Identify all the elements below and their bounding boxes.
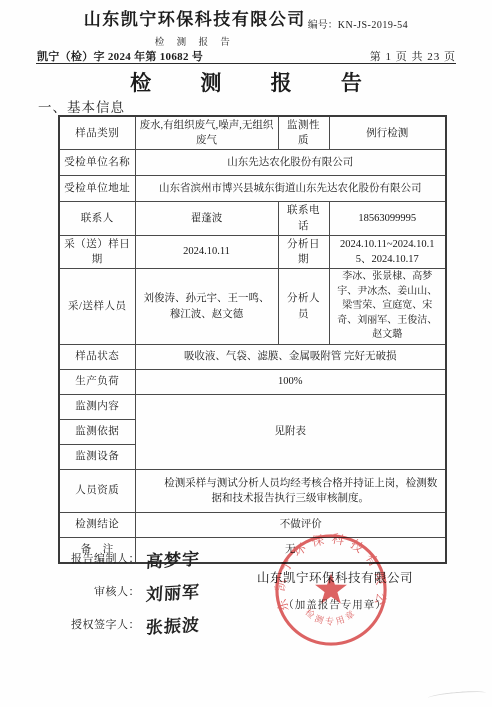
see-attached-value: 见附表	[135, 394, 446, 469]
prepared-by-signature: 高梦宇	[145, 544, 200, 572]
header-company-block: 山东凯宁环保科技有限公司 检 测 报 告	[84, 10, 306, 48]
contact-label: 联系人	[59, 202, 135, 235]
reviewed-by-signature: 刘丽军	[145, 577, 200, 605]
table-row: 生产负荷 100%	[59, 369, 446, 394]
svg-text:山东凯宁环保科技有限公司: 山东凯宁环保科技有限公司	[272, 531, 389, 613]
authorized-by-label: 授权签字人：	[58, 616, 140, 632]
table-row: 人员资质 检测采样与测试分析人员均经考核合格并持证上岗，检测数据和技术报告执行三…	[59, 469, 446, 512]
analysts-label: 分析人员	[278, 269, 329, 345]
table-row: 采/送样人员 刘俊涛、孙元宇、王一鸣、穆江波、赵文德 分析人员 李冰、张景棣、高…	[59, 269, 446, 345]
client-name-value: 山东先达农化股份有限公司	[135, 150, 446, 176]
sampling-date-value: 2024.10.11	[135, 235, 278, 268]
monitor-basis-label: 监测依据	[59, 419, 135, 444]
stamp-star-icon	[315, 573, 347, 603]
table-row: 受检单位地址 山东省滨州市博兴县城东街道山东先达农化股份有限公司	[59, 176, 446, 202]
samplers-value: 刘俊涛、孙元宇、王一鸣、穆江波、赵文德	[135, 269, 278, 345]
client-name-label: 受检单位名称	[59, 150, 135, 176]
table-row: 采（送）样日期 2024.10.11 分析日期 2024.10.11~2024.…	[59, 235, 446, 268]
monitor-nature-label: 监测性质	[278, 116, 329, 150]
table-row: 监测内容 见附表	[59, 394, 446, 419]
prepared-by-label: 报告编制人：	[58, 550, 140, 566]
sample-category-label: 样品类别	[59, 116, 135, 150]
production-load-value: 100%	[135, 369, 446, 394]
table-row: 样品类别 废水,有组织废气,噪声,无组织废气 监测性质 例行检测	[59, 116, 446, 150]
sampling-date-label: 采（送）样日期	[59, 235, 135, 268]
monitor-nature-value: 例行检测	[329, 116, 446, 150]
sample-category-value: 废水,有组织废气,噪声,无组织废气	[135, 116, 278, 150]
stamp-graphic: 山东凯宁环保科技有限公司 检测专用章	[272, 531, 390, 649]
personnel-value: 检测采样与测试分析人员均经考核合格并持证上岗，检测数据和技术报告执行三级审核制度…	[135, 469, 446, 512]
basic-info-table: 样品类别 废水,有组织废气,噪声,无组织废气 监测性质 例行检测 受检单位名称 …	[58, 115, 447, 564]
page-indicator: 第 1 页 共 23 页	[370, 48, 456, 64]
sample-status-value: 吸收液、气袋、滤膜、金属吸附管 完好无破损	[135, 344, 446, 369]
svg-text:检测专用章: 检测专用章	[303, 606, 358, 627]
client-address-label: 受检单位地址	[59, 176, 135, 202]
report-page: 山东凯宁环保科技有限公司 检 测 报 告 编号：KN-JS-2019-54 凯宁…	[0, 0, 492, 707]
phone-value: 18563099995	[329, 202, 446, 235]
scan-artifact	[428, 689, 486, 701]
authorized-by-signature: 张振波	[145, 610, 200, 638]
monitor-content-label: 监测内容	[59, 394, 135, 419]
reviewed-by-label: 审核人：	[58, 583, 140, 599]
report-number-label: 编号：	[308, 20, 338, 31]
table-row: 样品状态 吸收液、气袋、滤膜、金属吸附管 完好无破损	[59, 344, 446, 369]
document-number: 凯宁（检）字 2024 年第 10682 号	[37, 48, 203, 64]
production-load-label: 生产负荷	[59, 369, 135, 394]
report-number: 编号：KN-JS-2019-54	[308, 16, 408, 31]
report-subtitle: 检 测 报 告	[155, 34, 235, 48]
page-title: 检 测 报 告	[0, 67, 492, 97]
section-heading-basic-info: 一、基本信息	[38, 96, 125, 116]
signature-block: 报告编制人： 高梦宇 审核人： 刘丽军 授权签字人： 张振波	[58, 548, 200, 647]
analysis-date-value: 2024.10.11~2024.10.15、2024.10.17	[329, 235, 446, 268]
table-row: 受检单位名称 山东先达农化股份有限公司	[59, 150, 446, 176]
company-name: 山东凯宁环保科技有限公司	[84, 10, 306, 30]
analysts-value: 李冰、张景棣、高梦宇、尹冰杰、姜山山、梁雪荣、宣庭宽、宋奇、刘丽军、王俊洁、赵文…	[329, 269, 446, 345]
client-address-value: 山东省滨州市博兴县城东街道山东先达农化股份有限公司	[135, 176, 446, 202]
prepared-by-row: 报告编制人： 高梦宇	[58, 548, 200, 568]
report-number-value: KN-JS-2019-54	[338, 20, 408, 31]
contact-value: 翟蓬波	[135, 202, 278, 235]
analysis-date-label: 分析日期	[278, 235, 329, 268]
phone-label: 联系电话	[278, 202, 329, 235]
document-number-row: 凯宁（检）字 2024 年第 10682 号 第 1 页 共 23 页	[37, 48, 456, 64]
samplers-label: 采/送样人员	[59, 269, 135, 345]
personnel-label: 人员资质	[59, 469, 135, 512]
stamp-ring-text: 山东凯宁环保科技有限公司	[272, 531, 389, 613]
stamp-bottom-text: 检测专用章	[303, 606, 358, 627]
authorized-by-row: 授权签字人： 张振波	[58, 614, 200, 634]
monitor-equipment-label: 监测设备	[59, 444, 135, 469]
header-divider	[36, 63, 456, 64]
table-row: 联系人 翟蓬波 联系电话 18563099995	[59, 202, 446, 235]
company-stamp: 山东凯宁环保科技有限公司 检测专用章	[272, 531, 390, 649]
sample-status-label: 样品状态	[59, 344, 135, 369]
conclusion-label: 检测结论	[59, 512, 135, 537]
reviewed-by-row: 审核人： 刘丽军	[58, 581, 200, 601]
header: 山东凯宁环保科技有限公司 检 测 报 告 编号：KN-JS-2019-54	[0, 10, 492, 48]
